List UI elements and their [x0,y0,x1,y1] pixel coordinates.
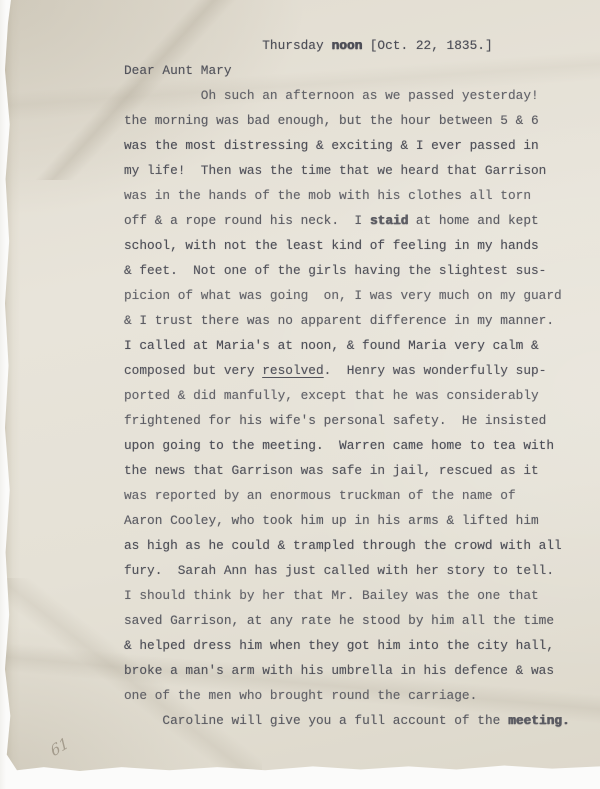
body-line: & I trust there was no apparent differen… [124,308,594,333]
text-segment: I called at Maria's at noon, & found Mar… [124,338,539,353]
body-line: was in the hands of the mob with his clo… [124,183,594,208]
pencil-annotation: 61 [48,734,72,761]
emphasized-text: meeting. [508,713,569,728]
text-segment: saved Garrison, at any rate he stood by … [124,613,554,628]
letter-paper: Thursday noon [Oct. 22, 1835.]Dear Aunt … [2,0,600,778]
body-line: Aaron Cooley, who took him up in his arm… [124,508,594,533]
text-segment: Dear Aunt Mary [124,63,232,78]
text-segment: the news that Garrison was safe in jail,… [124,463,539,478]
text-segment: fury. Sarah Ann has just called with her… [124,563,554,578]
body-line: was the most distressing & exciting & I … [124,133,594,158]
body-line: saved Garrison, at any rate he stood by … [124,608,594,633]
text-segment: broke a man's arm with his umbrella in h… [124,663,554,678]
text-segment: off & a rope round his neck. I [124,213,370,228]
emphasized-text: resolved [262,363,323,378]
emphasized-text: noon [331,38,362,53]
body-line: was reported by an enormous truckman of … [124,483,594,508]
text-segment: Aaron Cooley, who took him up in his arm… [124,513,539,528]
body-line: off & a rope round his neck. I staid at … [124,208,594,233]
text-segment: Caroline will give you a full account of… [162,713,508,728]
text-segment: the morning was bad enough, but the hour… [124,113,539,128]
body-line: & feet. Not one of the girls having the … [124,258,594,283]
body-line: composed but very resolved. Henry was wo… [124,358,594,383]
text-segment: was the most distressing & exciting & I … [124,138,539,153]
text-segment: frightened for his wife's personal safet… [124,413,546,428]
salutation: Dear Aunt Mary [124,58,594,83]
body-line: ported & did manfully, except that he wa… [124,383,594,408]
text-segment: & I trust there was no apparent differen… [124,313,554,328]
text-segment: & helped dress him when they got him int… [124,638,554,653]
text-segment: Oh such an afternoon as we passed yester… [201,88,539,103]
body-line: broke a man's arm with his umbrella in h… [124,658,594,683]
text-segment: composed but very [124,363,262,378]
text-segment: at home and kept [408,213,539,228]
text-segment: Thursday [262,38,331,53]
text-segment: as high as he could & trampled through t… [124,538,562,553]
body-line: frightened for his wife's personal safet… [124,408,594,433]
date-line: Thursday noon [Oct. 22, 1835.] [124,33,594,58]
text-segment: . Henry was wonderfully sup- [324,363,547,378]
text-segment: school, with not the least kind of feeli… [124,238,539,253]
body-line: I called at Maria's at noon, & found Mar… [124,333,594,358]
body-line: as high as he could & trampled through t… [124,533,594,558]
body-line: the morning was bad enough, but the hour… [124,108,594,133]
text-segment: I should think by her that Mr. Bailey wa… [124,588,539,603]
body-line: Caroline will give you a full account of… [124,708,594,733]
body-line: the news that Garrison was safe in jail,… [124,458,594,483]
body-line: my life! Then was the time that we heard… [124,158,594,183]
text-segment: my life! Then was the time that we heard… [124,163,546,178]
letter-text: Thursday noon [Oct. 22, 1835.]Dear Aunt … [124,33,594,733]
emphasized-text: staid [370,213,408,228]
text-segment: picion of what was going on, I was very … [124,288,562,303]
body-line: fury. Sarah Ann has just called with her… [124,558,594,583]
text-segment: one of the men who brought round the car… [124,688,477,703]
body-line: Oh such an afternoon as we passed yester… [124,83,594,108]
text-segment: was in the hands of the mob with his clo… [124,188,531,203]
body-line: upon going to the meeting. Warren came h… [124,433,594,458]
text-segment: was reported by an enormous truckman of … [124,488,516,503]
text-segment: & feet. Not one of the girls having the … [124,263,546,278]
body-line: picion of what was going on, I was very … [124,283,594,308]
scanned-letter-page: Thursday noon [Oct. 22, 1835.]Dear Aunt … [0,0,600,789]
body-line: & helped dress him when they got him int… [124,633,594,658]
body-line: one of the men who brought round the car… [124,683,594,708]
body-line: school, with not the least kind of feeli… [124,233,594,258]
text-segment: upon going to the meeting. Warren came h… [124,438,554,453]
text-segment: ported & did manfully, except that he wa… [124,388,539,403]
text-segment: [Oct. 22, 1835.] [362,38,493,53]
body-line: I should think by her that Mr. Bailey wa… [124,583,594,608]
